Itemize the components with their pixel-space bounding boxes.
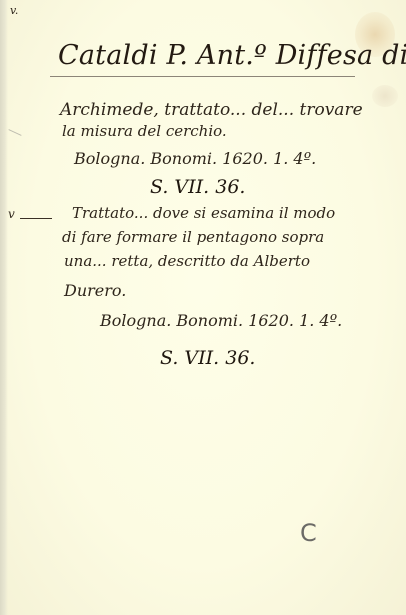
entry-heading: Cataldi P. Ant.º Diffesa di [58,40,406,71]
entry-1-title-line-2: la misura del cerchio. [62,122,227,140]
entry-2-title-line-1: Trattato... dove si esamina il modo [72,204,335,222]
entry-2-margin-mark: v [8,207,15,221]
entry-2-title-line-4: Durero. [64,281,126,300]
heading-underline [50,76,355,77]
foxing-stain-small [372,85,398,107]
entry-1-shelfmark: S. VII. 36. [150,176,245,198]
entry-1-imprint: Bologna. Bonomi. 1620. 1. 4º. [74,149,316,168]
pencil-letter-mark: C [300,519,317,547]
catalogue-card: v. Cataldi P. Ant.º Diffesa di Archimede… [0,0,406,615]
margin-pencil-tick [8,129,21,136]
entry-2-title-line-3: una... retta, descritto da Alberto [64,252,310,270]
entry-2-shelfmark: S. VII. 36. [160,347,255,369]
entry-1-title-line-1: Archimede, trattato... del... trovare [60,100,363,120]
entry-2-title-line-2: di fare formare il pentagono sopra [62,228,324,246]
paper-edge-shadow [0,0,8,615]
entry-2-margin-dash [20,218,52,219]
entry-2-imprint: Bologna. Bonomi. 1620. 1. 4º. [100,311,342,330]
corner-mark: v. [10,4,18,17]
